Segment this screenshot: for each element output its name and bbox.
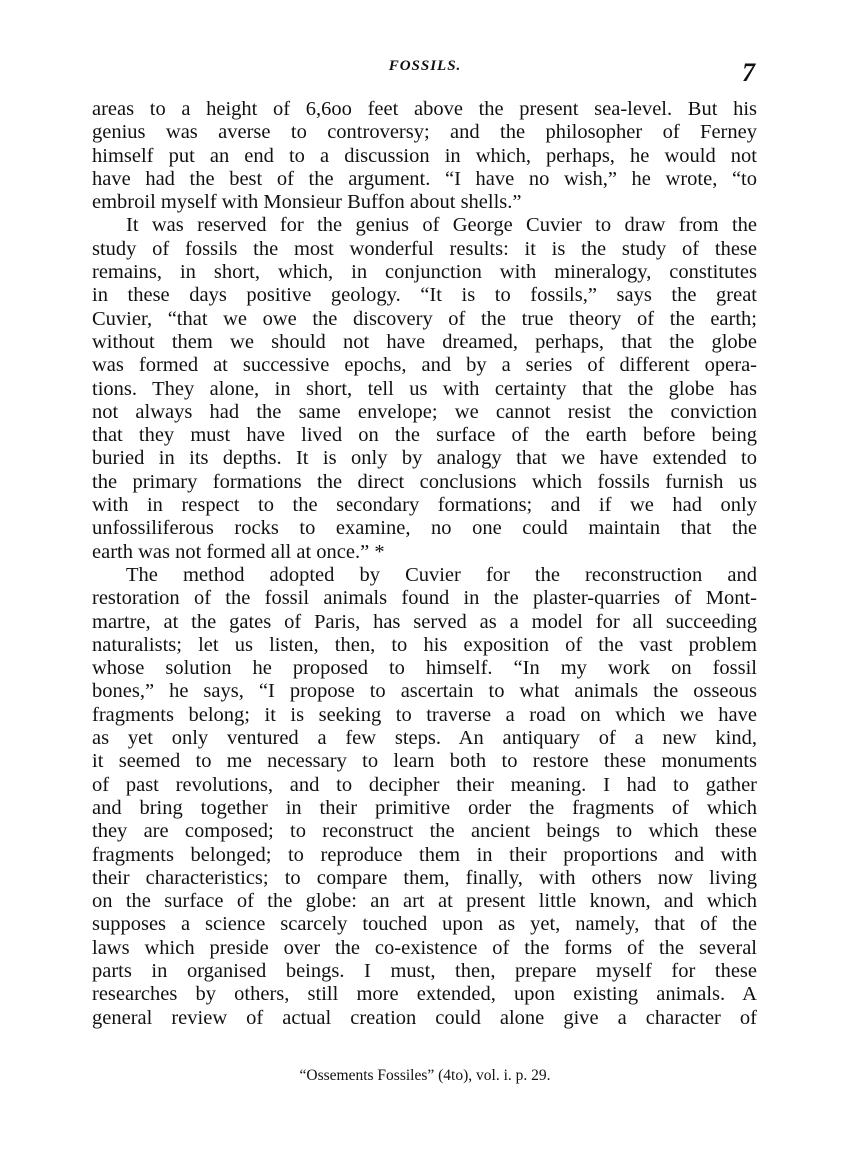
text-line: was formed at successive epochs, and by … <box>92 354 757 377</box>
text-line: fragments belonged; to reproduce them in… <box>92 844 757 867</box>
text-line: on the surface of the globe: an art at p… <box>92 890 757 913</box>
text-line: as yet only ventured a few steps. An ant… <box>92 727 757 750</box>
text-line: without them we should not have dreamed,… <box>92 331 757 354</box>
text-line: it seemed to me necessary to learn both … <box>92 750 757 773</box>
text-line: not always had the same envelope; we can… <box>92 401 757 424</box>
text-line: and bring together in their primitive or… <box>92 797 757 820</box>
paragraph: The method adopted by Cuvier for the rec… <box>92 564 757 1030</box>
text-line: tions. They alone, in short, tell us wit… <box>92 378 757 401</box>
text-line: of past revolutions, and to decipher the… <box>92 774 757 797</box>
text-line: areas to a height of 6,6oo feet above th… <box>92 98 757 121</box>
paragraph: areas to a height of 6,6oo feet above th… <box>92 98 757 214</box>
text-line: himself put an end to a discussion in wh… <box>92 145 757 168</box>
text-line: that they must have lived on the surface… <box>92 424 757 447</box>
text-line: It was reserved for the genius of George… <box>92 214 757 237</box>
text-line: they are composed; to reconstruct the an… <box>92 820 757 843</box>
text-line: supposes a science scarcely touched upon… <box>92 913 757 936</box>
text-line: naturalists; let us listen, then, to his… <box>92 634 757 657</box>
text-line: with in respect to the secondary formati… <box>92 494 757 517</box>
text-line: embroil myself with Monsieur Buffon abou… <box>92 191 757 214</box>
text-line: buried in its depths. It is only by anal… <box>92 447 757 470</box>
text-line: genius was averse to controversy; and th… <box>92 121 757 144</box>
page-number: 7 <box>742 60 755 86</box>
running-head: FOSSILS. <box>0 58 850 75</box>
text-line: parts in organised beings. I must, then,… <box>92 960 757 983</box>
text-line: whose solution he proposed to himself. “… <box>92 657 757 680</box>
body-text: areas to a height of 6,6oo feet above th… <box>92 98 757 1030</box>
text-line: laws which preside over the co-existence… <box>92 937 757 960</box>
text-line: remains, in short, which, in conjunction… <box>92 261 757 284</box>
text-line: earth was not formed all at once.” * <box>92 541 757 564</box>
text-line: fragments belong; it is seeking to trave… <box>92 704 757 727</box>
text-line: bones,” he says, “I propose to ascertain… <box>92 680 757 703</box>
text-line: Cuvier, “that we owe the discovery of th… <box>92 308 757 331</box>
text-line: have had the best of the argument. “I ha… <box>92 168 757 191</box>
paragraph: It was reserved for the genius of George… <box>92 214 757 563</box>
text-line: in these days positive geology. “It is t… <box>92 284 757 307</box>
text-line: researches by others, still more extende… <box>92 983 757 1006</box>
text-line: the primary formations the direct conclu… <box>92 471 757 494</box>
text-line: restoration of the fossil animals found … <box>92 587 757 610</box>
text-line: their characteristics; to compare them, … <box>92 867 757 890</box>
text-line: study of fossils the most wonderful resu… <box>92 238 757 261</box>
footnote: “Ossements Fossiles” (4to), vol. i. p. 2… <box>0 1066 850 1086</box>
text-line: general review of actual creation could … <box>92 1007 757 1030</box>
text-line: The method adopted by Cuvier for the rec… <box>92 564 757 587</box>
text-line: unfossiliferous rocks to examine, no one… <box>92 517 757 540</box>
text-line: martre, at the gates of Paris, has serve… <box>92 611 757 634</box>
